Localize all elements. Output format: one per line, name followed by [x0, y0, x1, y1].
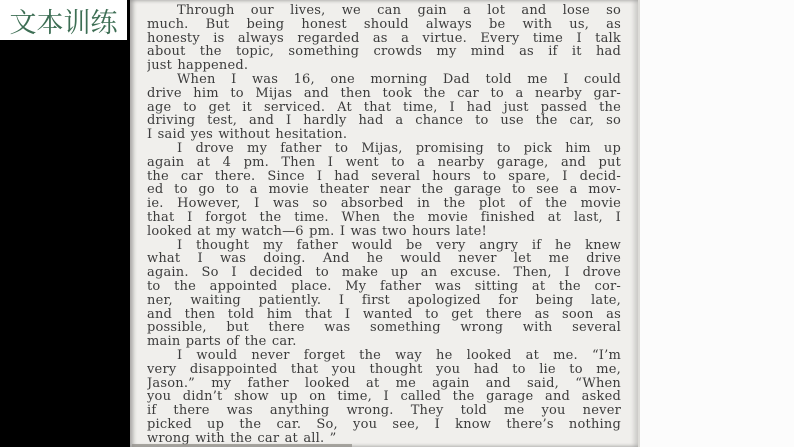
text-line: driving test, and I hardly had a chance …: [147, 114, 621, 128]
text-line: very disappointed that you thought you h…: [147, 363, 621, 377]
text-line: that I forgot the time. When the movie f…: [147, 211, 621, 225]
text-line: about the topic, something crowds my min…: [147, 45, 621, 59]
slide-title-label: 文本训练: [0, 0, 127, 40]
text-line: ner, waiting patiently. I first apologiz…: [147, 294, 621, 308]
text-line: and then told him that I wanted to get t…: [147, 308, 621, 322]
text-line: if there was anything wrong. They told m…: [147, 404, 621, 418]
text-line: possible, but there was something wrong …: [147, 321, 621, 335]
text-line: Through our lives, we can gain a lot and…: [147, 4, 621, 18]
text-line: drive him to Mijas and then took the car…: [147, 87, 621, 101]
text-line: what I was doing. And he would never let…: [147, 252, 621, 266]
text-line: again at 4 pm. Then I went to a nearby g…: [147, 156, 621, 170]
right-margin-area: [638, 0, 794, 447]
text-line: ed to go to a movie theater near the gar…: [147, 183, 621, 197]
text-line: the car there. Since I had several hours…: [147, 170, 621, 184]
slide-title-text: 文本训练: [10, 1, 118, 40]
text-line: I thought my father would be very angry …: [147, 239, 621, 253]
text-line: you didn’t show up on time, I called the…: [147, 390, 621, 404]
text-line: I drove my father to Mijas, promising to…: [147, 142, 621, 156]
text-line: looked at my watch—6 pm. I was two hours…: [147, 225, 621, 239]
text-line: Jason.” my father looked at me again and…: [147, 377, 621, 391]
slide: 文本训练 Through our lives, we can gain a lo…: [0, 0, 794, 447]
text-line: I would never forget the way he looked a…: [147, 349, 621, 363]
text-line: to the appointed place. My father was si…: [147, 280, 621, 294]
text-line: honesty is always regarded as a virtue. …: [147, 32, 621, 46]
text-line: much. But being honest should always be …: [147, 18, 621, 32]
text-line: ie. However, I was so absorbed in the pl…: [147, 197, 621, 211]
passage-text: Through our lives, we can gain a lot and…: [147, 4, 621, 446]
text-line: picked up the car. So, you see, I know t…: [147, 418, 621, 432]
text-line: just happened.: [147, 59, 621, 73]
scanned-text-page: Through our lives, we can gain a lot and…: [130, 0, 638, 447]
text-line: I said yes without hesitation.: [147, 128, 621, 142]
text-line: age to get it serviced. At that time, I …: [147, 101, 621, 115]
text-line: When I was 16, one morning Dad told me I…: [147, 73, 621, 87]
text-line: again. So I decided to make up an excuse…: [147, 266, 621, 280]
text-line: main parts of the car.: [147, 335, 621, 349]
